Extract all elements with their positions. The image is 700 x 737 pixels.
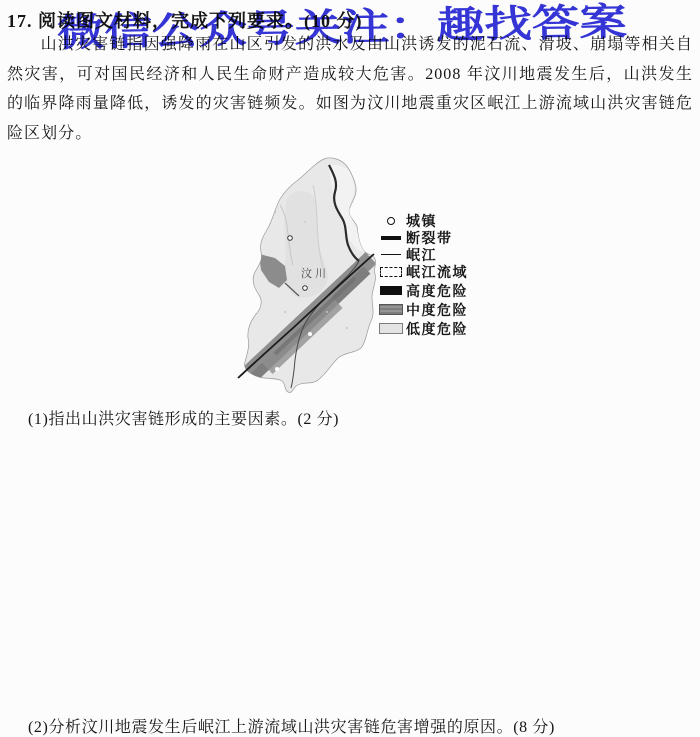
town-circle-icon — [387, 217, 395, 225]
legend-row-basin: 岷江流域 — [376, 263, 504, 280]
legend-row-town: 城镇 — [376, 212, 504, 229]
fault-zone-icon — [381, 236, 401, 240]
town-marker — [308, 332, 312, 336]
basin-dashed-icon — [380, 267, 402, 277]
legend-label: 中度危险 — [406, 300, 468, 320]
town-marker — [303, 286, 308, 291]
high-danger-swatch — [380, 286, 402, 295]
town-marker — [288, 236, 293, 241]
exam-page: 17. 阅读图文材料，完成下列要求。(10 分) 微信公众号关注：趣找答案 山洪… — [0, 0, 700, 737]
legend-row-medium-danger: 中度危险 — [376, 301, 504, 318]
sub-question-2: (2)分析汶川地震发生后岷江上游流域山洪灾害链危害增强的原因。(8 分) — [28, 714, 555, 737]
medium-danger-swatch — [379, 304, 403, 315]
legend-label: 高度危险 — [406, 281, 468, 301]
town-marker — [275, 367, 279, 371]
low-danger-swatch — [379, 323, 403, 334]
legend-row-high-danger: 高度危险 — [376, 282, 504, 299]
legend-row-fault: 断裂带 — [376, 229, 504, 246]
sub-question-1: (1)指出山洪灾害链形成的主要因素。(2 分) — [28, 406, 339, 429]
hazard-map-figure: 汶川 城镇 断裂带 岷江 岷江流域 高度危险 — [235, 150, 505, 395]
river-line-icon — [381, 254, 401, 256]
legend-label: 低度危险 — [406, 319, 468, 339]
legend-row-low-danger: 低度危险 — [376, 320, 504, 337]
wenchuan-label: 汶川 — [301, 267, 329, 280]
legend-row-river: 岷江 — [376, 246, 504, 263]
map-legend: 城镇 断裂带 岷江 岷江流域 高度危险 中度危险 — [376, 212, 504, 337]
legend-label: 岷江流域 — [406, 262, 468, 282]
